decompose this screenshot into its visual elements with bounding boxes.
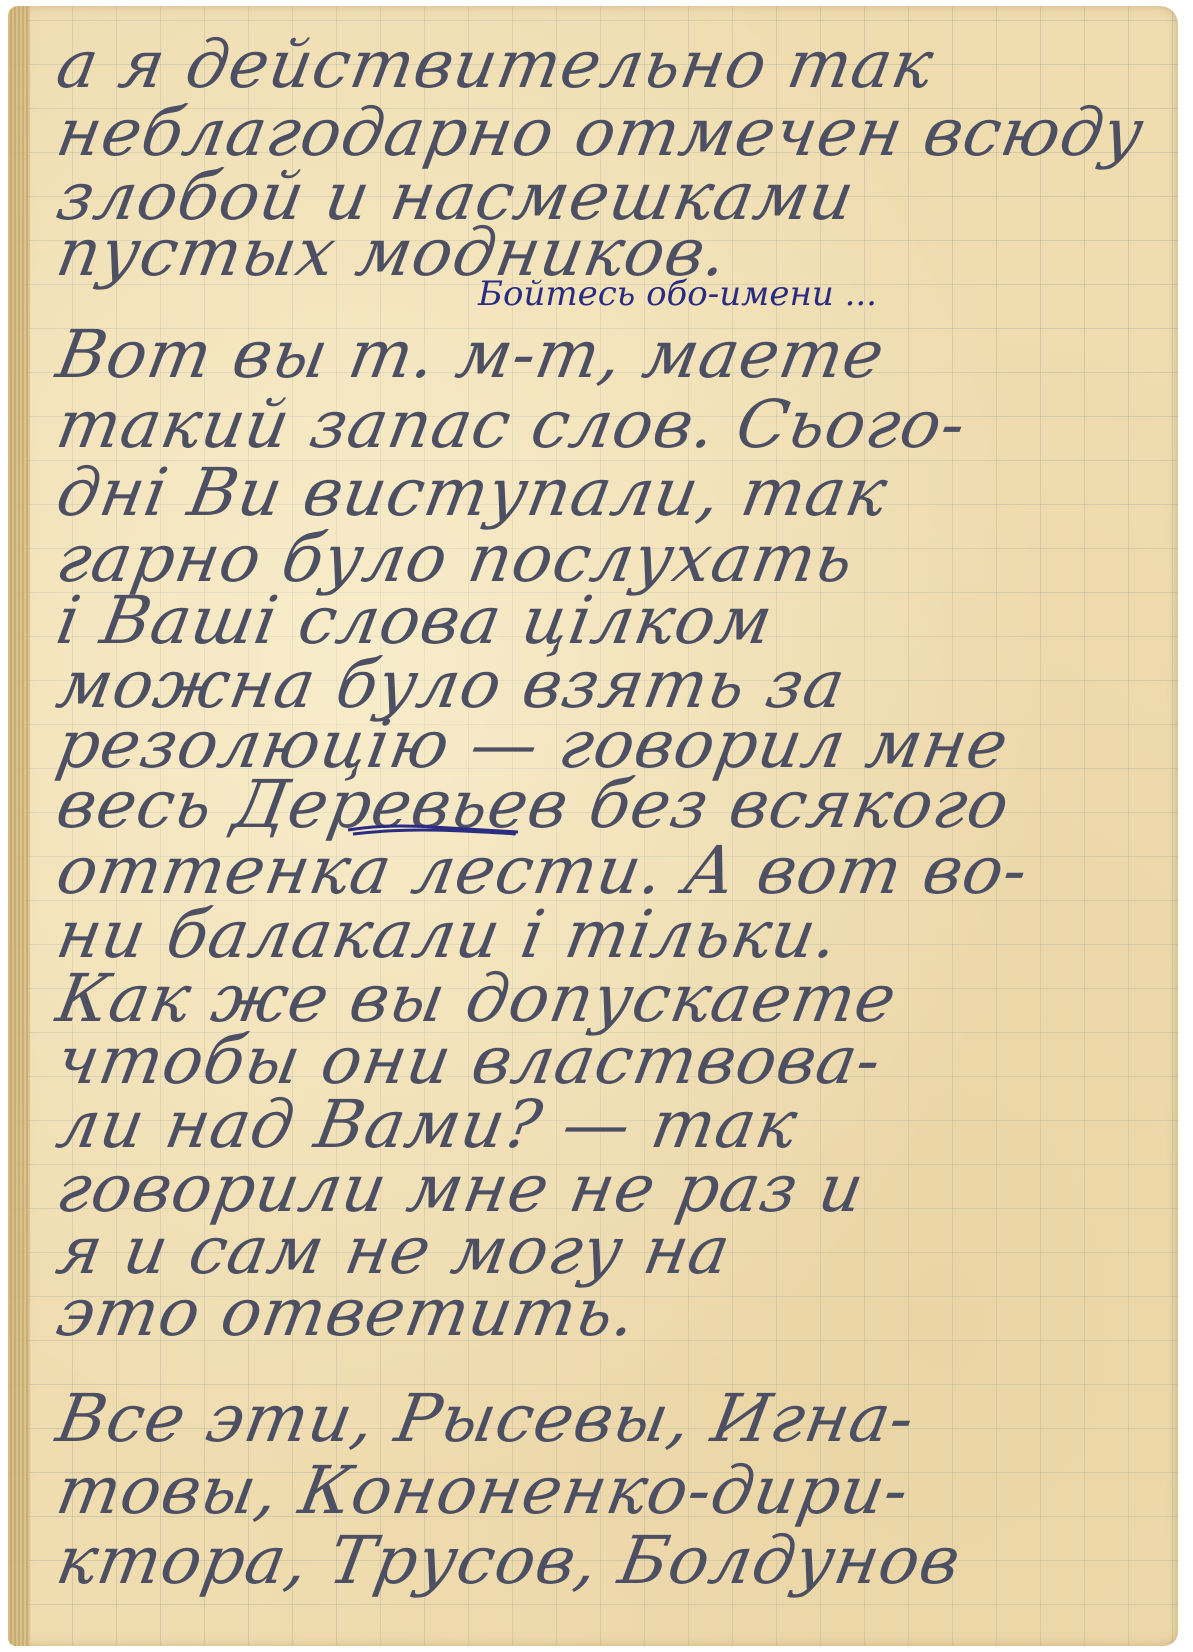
- text-line: Вот вы т. м-т, маете: [51, 316, 890, 393]
- text-line: это ответить.: [51, 1274, 642, 1351]
- text-line: такий запас слов. Сього-: [51, 386, 972, 463]
- text-line: ктора, Трусов, Болдунов: [51, 1522, 966, 1599]
- notebook-spine: [8, 6, 30, 1646]
- text-line: пустых модников.: [51, 214, 734, 291]
- text-line: а я действительно так: [51, 26, 940, 103]
- text-line: товы, Кононенко-дири-: [51, 1452, 915, 1529]
- blue-underline-scribble: [343, 822, 523, 838]
- text-line: Все эти, Рысевы, Игна-: [51, 1380, 920, 1457]
- handwritten-text: а я действительно так неблагодарно отмеч…: [58, 6, 1148, 1646]
- notebook-page: Бойтесь обо-имени ... а я действительно …: [8, 6, 1178, 1646]
